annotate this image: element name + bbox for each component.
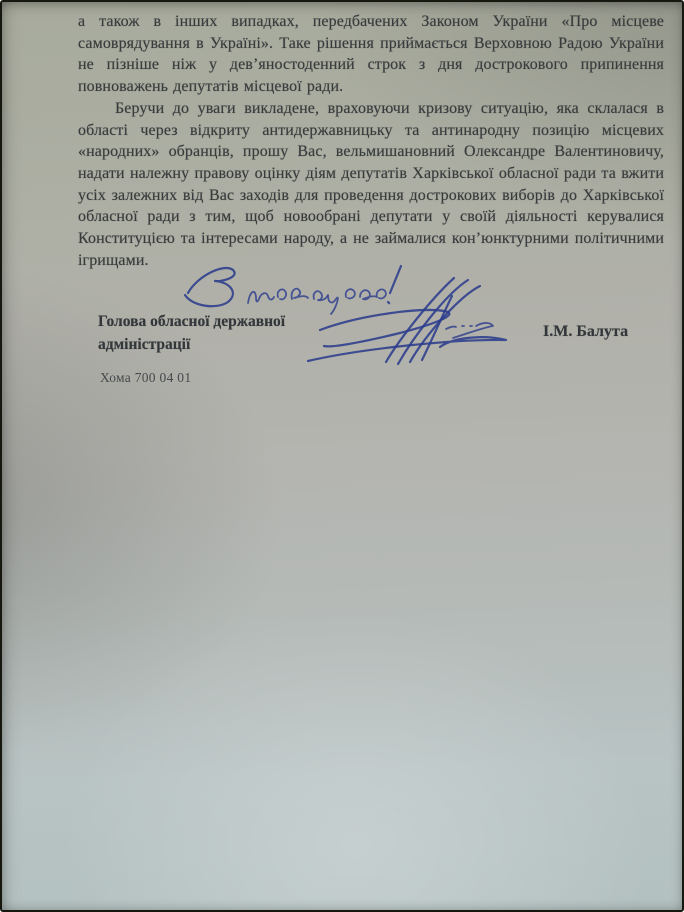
body-paragraph-1: а також в інших випадках, передбачених З…: [78, 11, 664, 98]
letter-body: а також в інших випадках, передбачених З…: [78, 11, 664, 271]
signer-title: Голова обласної державної адміністрації: [98, 311, 338, 356]
executor-reference-note: Хома 700 04 01: [100, 370, 191, 386]
signer-name: І.М. Балута: [543, 323, 628, 341]
signer-title-line2: адміністрації: [98, 336, 190, 353]
body-paragraph-2: Беручи до уваги викладене, враховуючи кр…: [78, 98, 664, 272]
photographed-letter-page: а також в інших випадках, передбачених З…: [0, 0, 684, 912]
signer-title-line1: Голова обласної державної: [98, 313, 285, 330]
